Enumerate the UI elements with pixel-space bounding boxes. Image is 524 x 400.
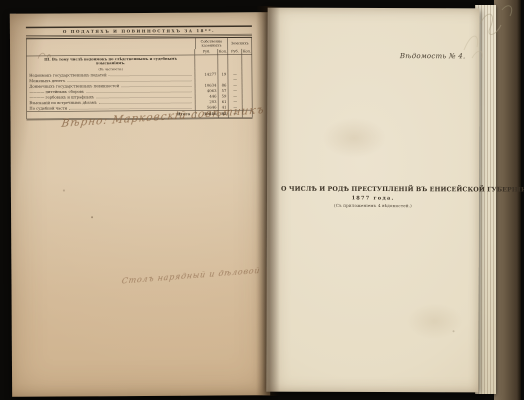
- pencil-scribble-marks: [442, 0, 524, 64]
- title-block: О ЧИСЛѢ И РОДѢ ПРЕСТУПЛЕНІЙ ВЪ ЕНИСЕЙСКО…: [281, 185, 465, 222]
- title-subtitle: (Съ приложеніемъ 4 вѣдомостей.): [281, 203, 465, 208]
- page-title: О ЧИСЛѢ И РОДѢ ПРЕСТУПЛЕНІЙ ВЪ ЕНИСЕЙСКО…: [281, 185, 465, 193]
- paper-stain: [407, 303, 463, 339]
- column-group-zemskih: Земскихъ: [228, 38, 252, 49]
- right-page: Вѣдомость № 4. О ЧИСЛѢ И РОДѢ ПРЕСТУПЛЕН…: [266, 8, 479, 393]
- col-rub-2: Руб.: [228, 49, 242, 55]
- col-kop-1: Коп.: [218, 49, 228, 55]
- scanned-book-photograph: О ПОДАТЯХЪ И ПОВИННОСТЯХЪ ЗА 18**. Собст…: [0, 0, 524, 400]
- paper-speck: [453, 330, 455, 332]
- title-year: 1877 года.: [281, 195, 465, 201]
- col-rub-1: Руб.: [195, 49, 218, 55]
- col-kop-2: Коп.: [242, 49, 252, 55]
- faint-pencil-mark: [36, 50, 52, 62]
- running-header: О ПОДАТЯХЪ И ПОВИННОСТЯХЪ ЗА 18**.: [26, 25, 252, 35]
- handwritten-inscription-top: Вѣрно: Марковскій совѣтникъ: [62, 116, 222, 143]
- paper-speck: [63, 189, 65, 191]
- paper-speck: [91, 216, 93, 218]
- statistics-table: О ПОДАТЯХЪ И ПОВИННОСТЯХЪ ЗА 18**. Собст…: [26, 25, 253, 118]
- handwritten-inscription-bottom: Столъ нарядный и дѣловой: [122, 275, 246, 296]
- column-group-kazennyh: Собственно казенныхъ: [195, 38, 228, 49]
- paper-stain: [322, 118, 386, 158]
- left-page: О ПОДАТЯХЪ И ПОВИННОСТЯХЪ ЗА 18**. Собст…: [10, 12, 270, 397]
